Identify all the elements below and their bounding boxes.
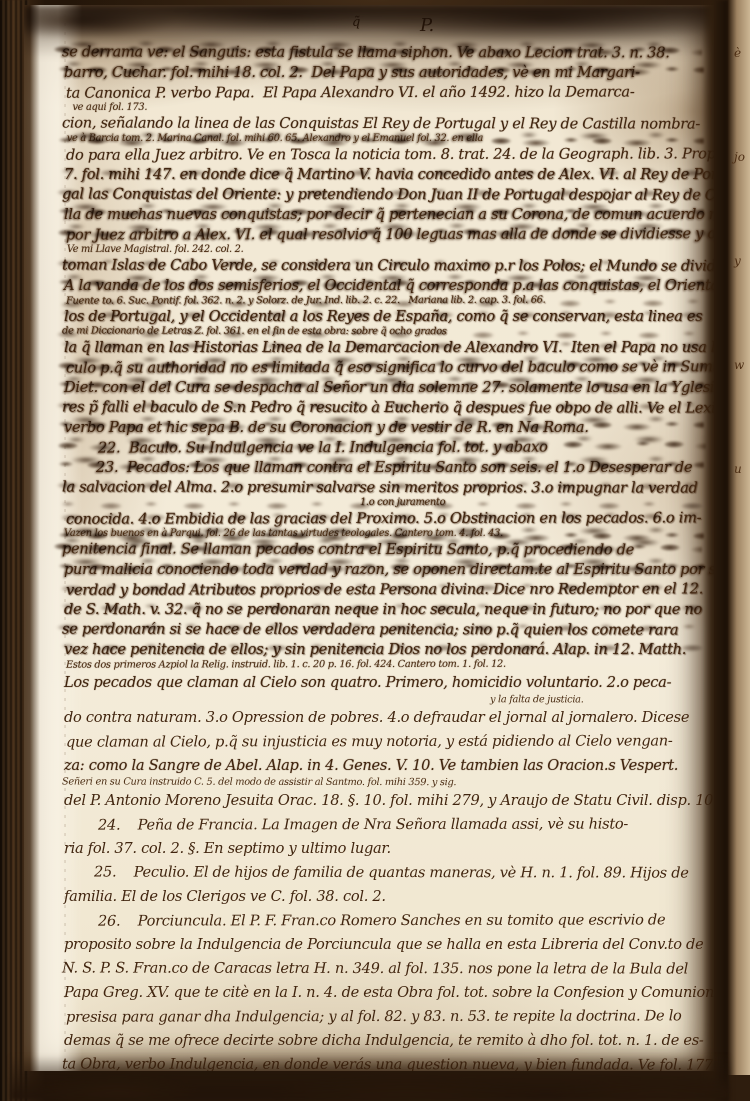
manuscript-line: penitencia final. Se llaman pecados cont… bbox=[62, 539, 700, 560]
manuscript-line: 7. fol. mihi 147. en donde dice q̃ Marti… bbox=[64, 165, 702, 185]
header-mark: q̃ bbox=[352, 15, 360, 30]
manuscript-line: do contra naturam. 3.o Opression de pobr… bbox=[64, 706, 702, 730]
manuscript-line: se derrama ve: el Sanguis: esta fistula … bbox=[62, 42, 700, 63]
manuscript-line: ta Obra, verbo Indulgencia, en donde ver… bbox=[62, 1052, 700, 1071]
manuscript-line: Diet. con el del Cura se despacha al Señ… bbox=[64, 378, 702, 398]
manuscript-line: del P. Antonio Moreno Jesuita Orac. 18. … bbox=[64, 789, 702, 813]
manuscript-line: barro, Cuchar. fol. mihi 18. col. 2. Del… bbox=[64, 63, 702, 83]
manuscript-line: ria fol. 37. col. 2. §. En septimo y ult… bbox=[64, 837, 702, 861]
manuscript-line: Ve mi Llave Magistral. fol. 242. col. 2. bbox=[64, 245, 702, 256]
manuscript-line: ta Canonica P. verbo Papa. El Papa Alexa… bbox=[66, 82, 704, 103]
manuscript-line: Fuente to. 6. Suc. Pontif. fol. 362. n. … bbox=[66, 295, 704, 307]
manuscript-line: verbo Papa et hic sepa B. de su Coronaci… bbox=[64, 418, 702, 438]
manuscript-line: do para ella Juez arbitro. Ve en Tosca l… bbox=[66, 144, 704, 165]
manuscript-line: Los pecados que claman al Cielo son quat… bbox=[64, 671, 702, 695]
manuscript-line: demas q̃ se me ofrece decirte sobre dich… bbox=[64, 1029, 702, 1053]
next-page-sliver: èjoywu bbox=[728, 0, 750, 1075]
manuscript-line: 1.o con juramento bbox=[64, 498, 702, 509]
manuscript-line: ve à Barcia tom. 2. Marina Canal. fol. m… bbox=[64, 134, 702, 145]
manuscript-line: conocida. 4.o Embidia de las gracias del… bbox=[66, 508, 704, 529]
manuscript-line: vez hace penitencia de ellos; y sin peni… bbox=[64, 640, 702, 660]
manuscript-photo: q̃ P. se derrama ve: el Sanguis: esta fi… bbox=[0, 0, 750, 1101]
manuscript-text: q̃ P. se derrama ve: el Sanguis: esta fi… bbox=[64, 11, 702, 1051]
manuscript-line: los de Portugal, y el Occidental a los R… bbox=[64, 307, 702, 327]
manuscript-line: gal las Conquistas del Oriente: y preten… bbox=[62, 184, 700, 205]
next-page-text-fragment: u bbox=[728, 416, 750, 520]
manuscript-page: q̃ P. se derrama ve: el Sanguis: esta fi… bbox=[24, 5, 714, 1071]
manuscript-line: verdad y bondad Atributos proprios de es… bbox=[66, 579, 704, 600]
manuscript-line: Papa Greg. XV. que te citè en la I. n. 4… bbox=[64, 981, 702, 1005]
manuscript-line: 23. Pecados: Los que llaman contra el Es… bbox=[64, 458, 702, 478]
next-page-text-fragment: è bbox=[728, 0, 750, 104]
manuscript-line: proposito sobre la Indulgencia de Porciu… bbox=[64, 933, 702, 957]
header-letter: P. bbox=[420, 15, 434, 36]
manuscript-line: se perdonarán si se hace de ellos verdad… bbox=[62, 619, 700, 640]
manuscript-line: res p̃ falli el baculo de S.n Pedro q̃ r… bbox=[62, 397, 700, 418]
manuscript-line: A la vanda de los dos semisferios, el Oc… bbox=[64, 276, 702, 296]
manuscript-line: 24. Peña de Francia. La Imagen de Nra Se… bbox=[66, 812, 704, 837]
next-page-text-fragment: w bbox=[728, 312, 750, 416]
manuscript-line: y la falta de justicia. bbox=[62, 694, 700, 706]
manuscript-line: Vazen los buenos en à Parqui. fol. 26 de… bbox=[64, 529, 702, 540]
manuscript-line: culo p.q̃ su authoridad no es limitada q… bbox=[66, 357, 704, 378]
page-header: q̃ P. bbox=[64, 11, 702, 43]
manuscript-line: 26. Porciuncula. El P. F. Fran.co Romero… bbox=[66, 908, 704, 933]
manuscript-line: pura malicia conociendo toda verdad y ra… bbox=[64, 560, 702, 580]
manuscript-line: por Juez arbitro a Alex. VI. el qual res… bbox=[66, 224, 704, 245]
manuscript-line: de S. Math. v. 32. q̃ no se perdonaran n… bbox=[64, 600, 702, 620]
manuscript-line: ve aqui fol. 173. bbox=[64, 103, 702, 114]
manuscript-line: que claman al Cielo, p.q̃ su injusticia … bbox=[66, 729, 704, 754]
next-page-text-fragment: y bbox=[728, 208, 750, 312]
manuscript-line: Estos dos primeros Azpiol la Relig. inst… bbox=[66, 659, 704, 671]
manuscript-line: cion, señalando la linea de las Conquist… bbox=[62, 113, 700, 134]
manuscript-line: 25. Peculio. El de hijos de familia de q… bbox=[62, 860, 700, 885]
manuscript-line: familia. El de los Clerigos ve C. fol. 3… bbox=[64, 885, 702, 909]
manuscript-line: lla de muchas nuevas conquistas; por dec… bbox=[64, 205, 702, 225]
next-page-text-fragment: jo bbox=[728, 104, 750, 208]
manuscript-line: 22. Baculo. Su Indulgencia ve la I. Indu… bbox=[66, 437, 704, 458]
manuscript-line: la q̃ llaman en las Historias Linea de l… bbox=[64, 338, 702, 358]
manuscript-line: presisa para ganar dha Indulgencia; y al… bbox=[66, 1004, 704, 1029]
manuscript-line: za: como la Sangre de Abel. Alap. in 4. … bbox=[64, 754, 702, 778]
manuscript-line: N. S. P. S. Fran.co de Caracas letra H. … bbox=[62, 956, 700, 981]
manuscript-line: Señeri en su Cura instruido C. 5. del mo… bbox=[62, 777, 700, 789]
manuscript-line: la salvacion del Alma. 2.o presumir salv… bbox=[62, 477, 700, 498]
manuscript-line: de mi Diccionario de Letras Z. fol. 361.… bbox=[62, 326, 700, 338]
manuscript-line: toman Islas de Cabo Verde, se considera … bbox=[62, 255, 700, 276]
